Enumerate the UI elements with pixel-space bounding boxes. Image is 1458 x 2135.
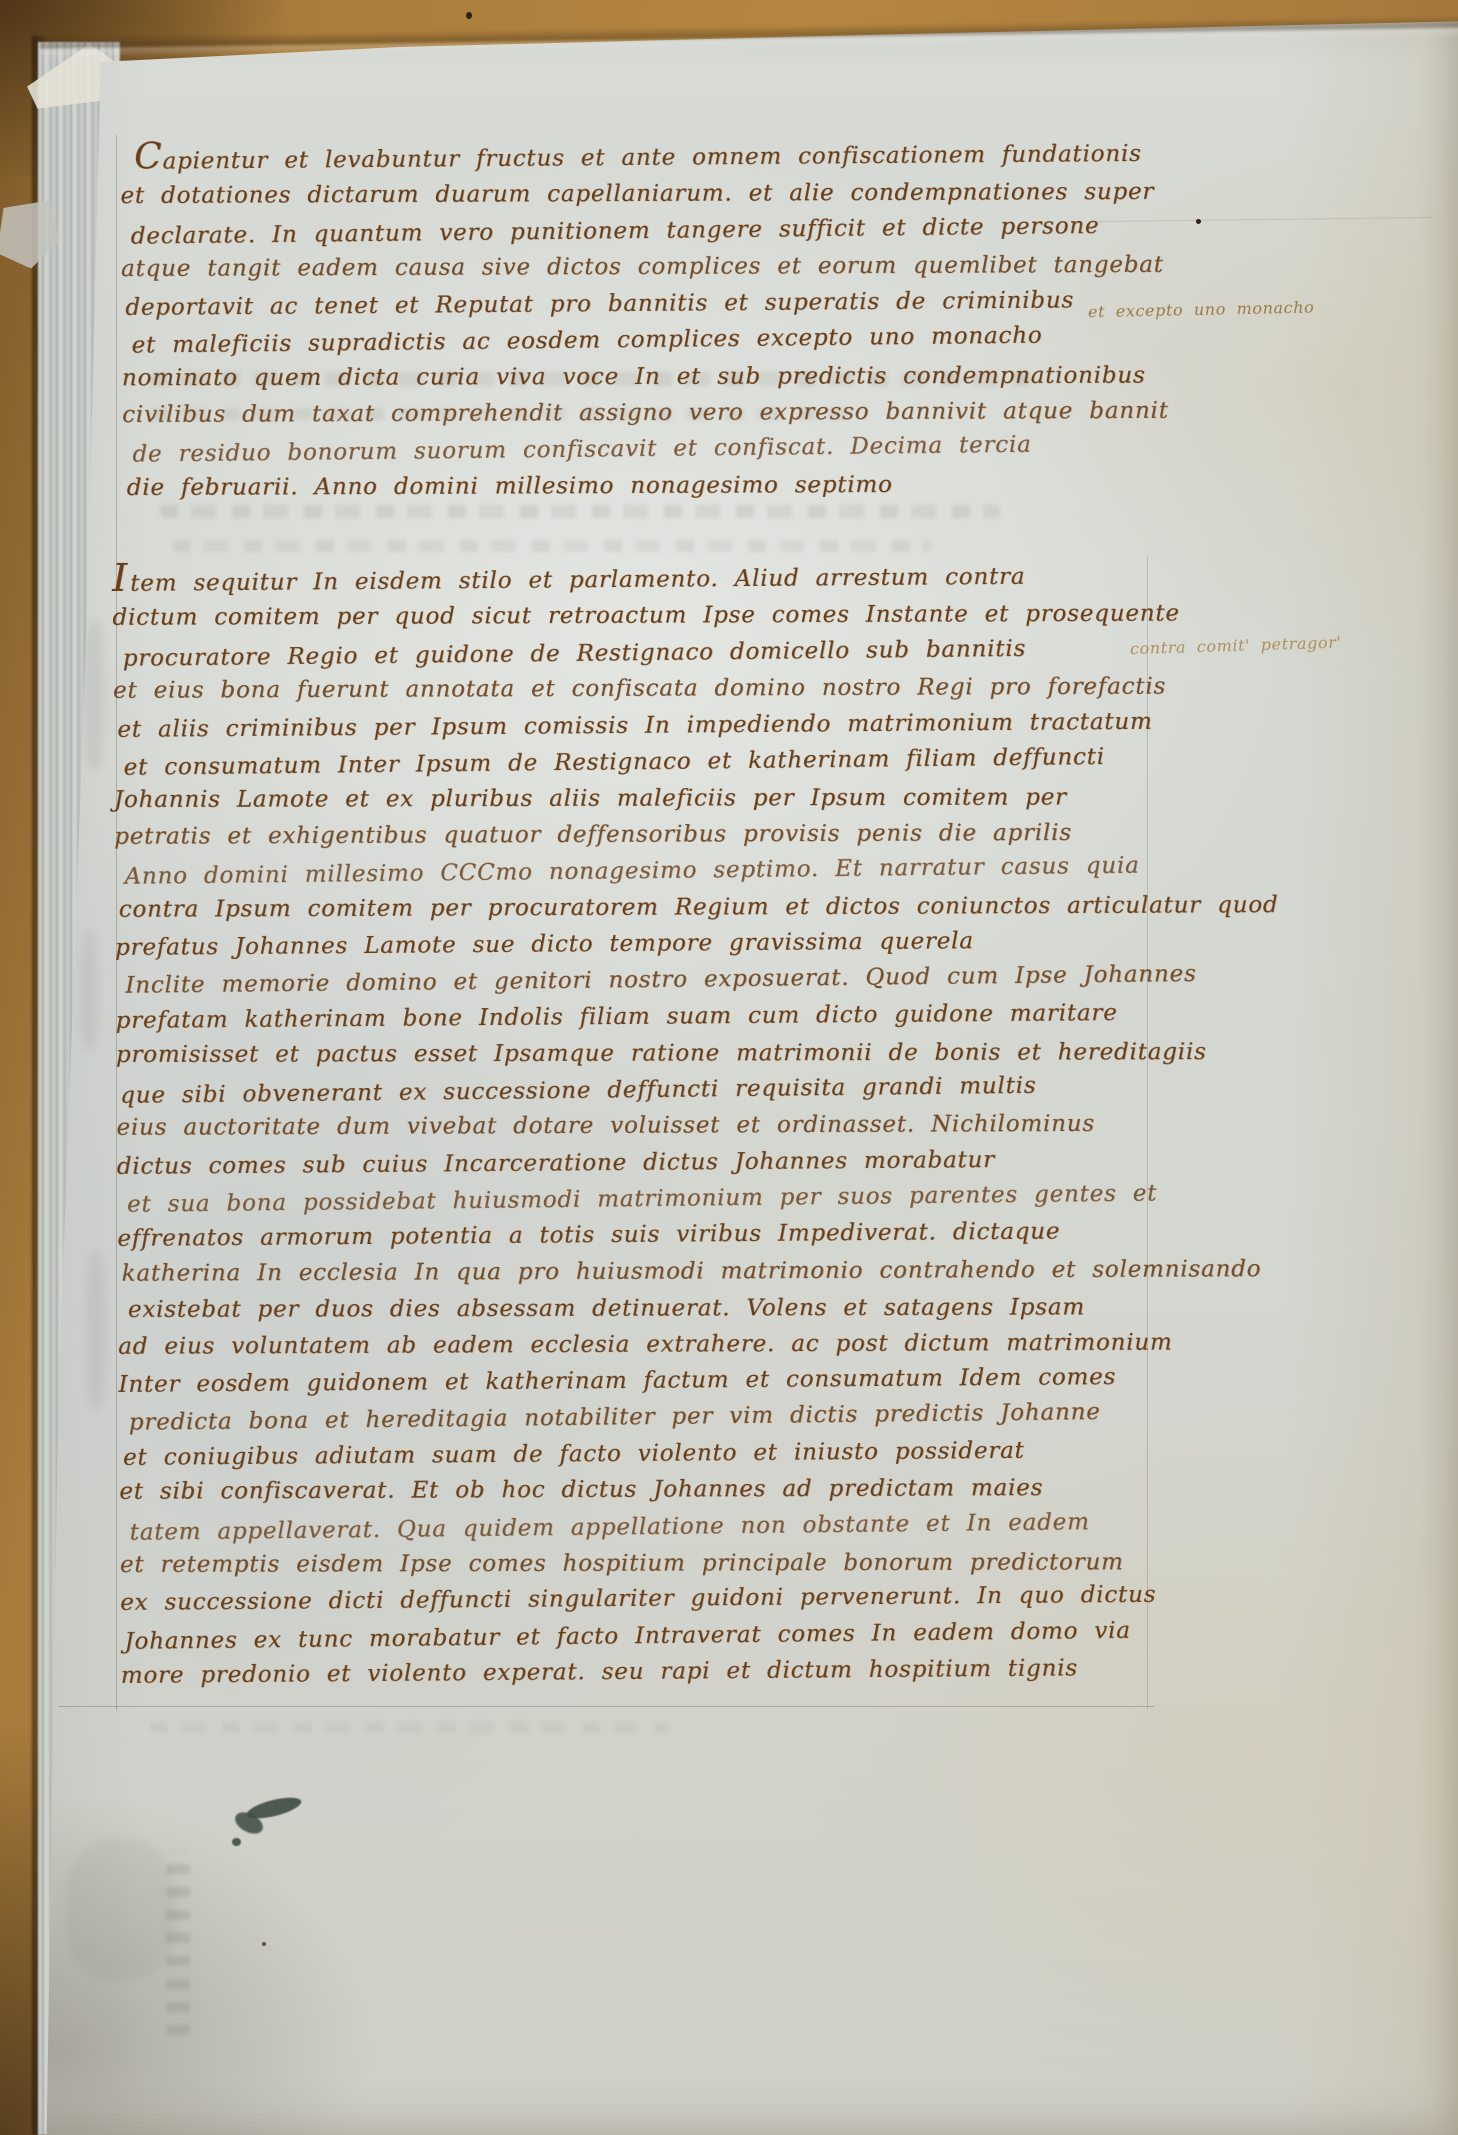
show-through-text [150,408,850,420]
manuscript-line: katherina In ecclesia In qua pro huiusmo… [122,1251,1282,1292]
manuscript-line: prefatus Johannes Lamote sue dicto tempo… [115,921,1279,967]
ink-smudge-blob [245,1793,303,1822]
manuscript-line: Capientur et levabuntur fructus et ante … [134,132,1167,181]
show-through-text [160,505,1000,518]
manuscript-line: que sibi obvenerant ex successione deffu… [120,1065,1280,1114]
ink-speck [1196,219,1201,224]
manuscript-line: Item sequitur In eisdem stilo et parlame… [112,551,1276,603]
manuscript-line: declarate. In quantum vero punitionem ta… [131,207,1168,255]
ink-speck [262,1942,266,1946]
manuscript-line: et consumatum Inter Ipsum de Restignaco … [123,737,1277,786]
manuscript-line: promisisset et pactus esset Ipsamque rat… [116,1034,1280,1073]
manuscript-line: Anno domini millesimo CCCmo nonagesimo s… [124,846,1278,895]
manuscript-line: atque tangit eadem causa sive dictos com… [121,247,1168,288]
paragraph-item-sequitur: Item sequitur In eisdem stilo et parlame… [112,551,1285,1695]
manuscript-line: die februarii. Anno domini millesimo non… [127,465,1170,506]
manuscript-line: de residuo bonorum suorum confiscavit et… [132,425,1169,473]
manuscript-line: contra Ipsum comitem per procuratorem Re… [119,887,1279,928]
margin-ghost-mark [84,620,104,770]
manuscript-line: civilibus dum taxat comprehendit assigno… [122,393,1169,434]
manuscript-line: prefatam katherinam bone Indolis filiam … [115,994,1279,1040]
margin-note-monk: et excepto uno monacho [1088,298,1315,322]
margin-ghost-mark [86,1250,106,1410]
manuscript-line: Johannis Lamote et ex pluribus aliis mal… [114,779,1278,818]
manuscript-line: dictus comes sub cuius Incarceratione di… [117,1139,1281,1185]
paragraph-capientur: Capientur et levabuntur fructus et ante … [120,132,1169,508]
manuscript-line: tatem appellaverat. Qua quidem appellati… [129,1502,1283,1551]
manuscript-line: et dotationes dictarum duarum capellania… [120,174,1167,215]
manuscript-line: ad eius voluntatem ab eadem ecclesia ext… [118,1324,1282,1365]
show-through-text [172,540,932,552]
manuscript-photo: xl Capientur et levabuntur fructus et an… [0,0,1458,2135]
manuscript-line: et aliis criminibus per Ipsum comissis I… [117,702,1277,748]
ruling-line-bottom [58,1706,1154,1707]
manuscript-line: et sua bona possidebat huiusmodi matrimo… [127,1174,1281,1223]
manuscript-line: et sibi confiscaverat. Et ob hoc dictus … [119,1469,1283,1510]
manuscript-line: Inclite memorie domino et genitori nostr… [125,956,1279,1005]
show-through-text [150,372,1030,386]
manuscript-line: procuratore Regio et guidone de Restigna… [123,628,1277,677]
ink-smudge-dot [232,1838,241,1846]
ruling-line-top-right [1098,217,1433,222]
manuscript-line: et maleficiis supradictis ac eosdem comp… [131,316,1168,364]
ink-smudge [232,1796,308,1850]
manuscript-line: dictum comitem per quod sicut retroactum… [112,595,1276,636]
show-through-text [150,1722,670,1733]
manuscript-line: et retemptis eisdem Ipse comes hospitium… [120,1544,1284,1583]
manuscript-line: more predonio et violento experat. seu r… [121,1649,1285,1695]
manuscript-line: nominato quem dicta curia viva voce In e… [122,358,1169,397]
manuscript-line: eius auctoritate dum vivebat dotare volu… [116,1105,1280,1146]
manuscript-line: ex successione dicti deffuncti singulari… [120,1576,1284,1622]
ink-smudge-blob [232,1808,267,1838]
show-through-column [166,1850,190,2035]
manuscript-line: effrenatos armorum potentia a totis suis… [117,1212,1281,1258]
manuscript-line: Inter eosdem guidonem et katherinam fact… [118,1358,1282,1404]
manuscript-line: et eius bona fuerunt annotata et confisc… [113,668,1277,709]
margin-note-contra-comitem: contra comit' petragor' [1130,633,1342,659]
manuscript-line: et coniugibus adiutam suam de facto viol… [123,1431,1283,1477]
manuscript-line: deportavit ac tenet et Reputat pro banni… [125,281,1168,326]
manuscript-line: petratis et exhigentibus quatuor deffens… [114,814,1278,855]
cover-speck [466,12,472,19]
manuscript-line: Johannes ex tunc morabatur et facto Intr… [124,1611,1284,1660]
manuscript-line: predicta bona et hereditagia notabiliter… [129,1392,1283,1441]
manuscript-page: xl Capientur et levabuntur fructus et an… [0,0,1458,2135]
ruling-line-left [116,135,117,1710]
manuscript-line: existebat per duos dies absessam detinue… [128,1289,1282,1328]
margin-ghost-mark [80,930,98,1050]
ruling-line-right [1147,556,1148,1710]
corner-shadow-stain [66,1840,176,1980]
